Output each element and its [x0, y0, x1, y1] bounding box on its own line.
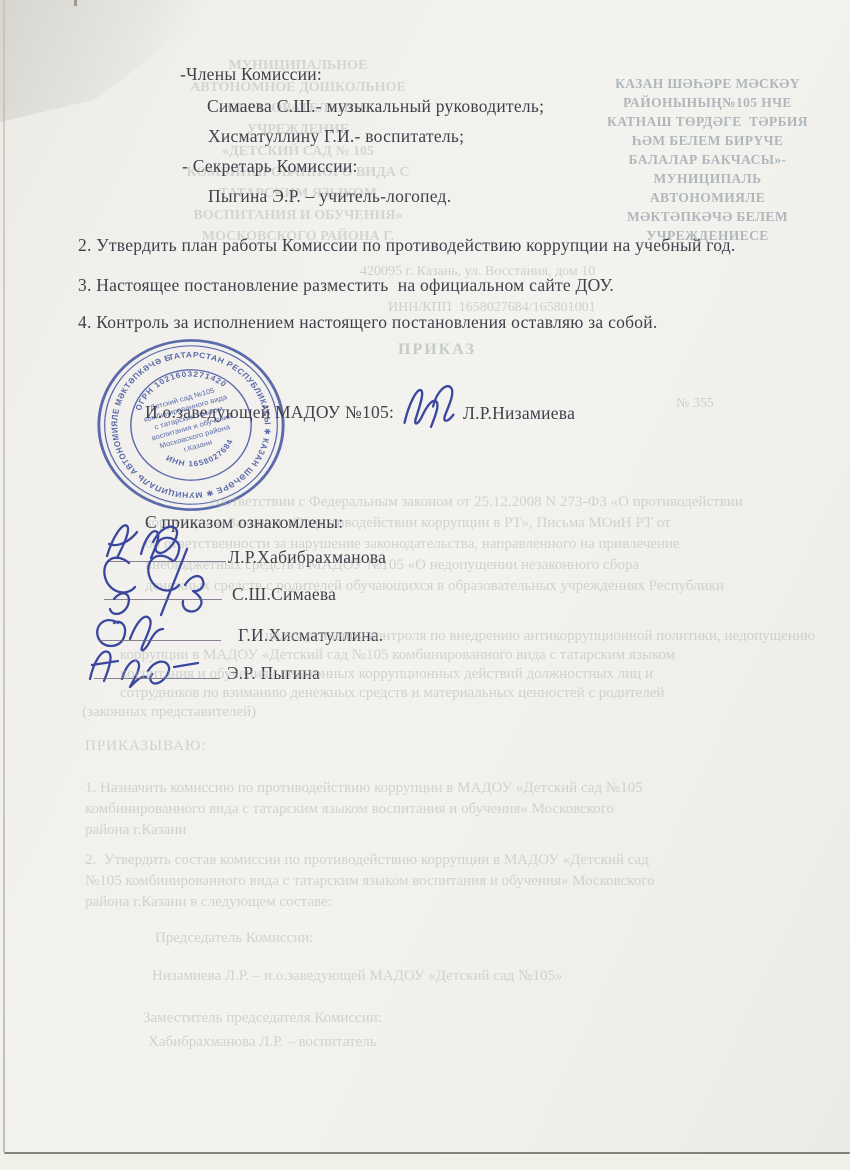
- ghost-line: района г.Казани в следующем составе:: [85, 894, 332, 911]
- scan-speck: [74, 0, 77, 6]
- commission-members-label: -Члены Комиссии:: [180, 64, 322, 85]
- ghost-line: комбинированного вида с татарским языком…: [85, 801, 614, 818]
- ghost-line: воспитания и обучения» незаконных корруп…: [120, 666, 653, 683]
- ghost-line: ҺӘМ БЕЛЕМ БИРҮЧЕ: [575, 133, 840, 149]
- ghost-line: (законных представителей): [82, 704, 256, 721]
- commission-secretary-label: - Секретарь Комиссии:: [182, 156, 358, 177]
- commission-member: Симаева С.Ш.- музыкальный руководитель;: [207, 96, 544, 117]
- ghost-line: КАТНАШ ТӨРДӘГЕ ТӘРБИЯ: [575, 114, 840, 130]
- ghost-line: 2. Утвердить состав комиссии по противод…: [85, 852, 649, 869]
- ghost-line: АВТОНОМИЯЛЕ: [575, 190, 840, 206]
- approval-position: И.о.заведующей МАДОУ №105:: [145, 402, 394, 423]
- ghost-order-number: № 355: [676, 396, 714, 412]
- commission-secretary: Пыгина Э.Р. – учитель-логопед.: [208, 186, 451, 207]
- ghost-line: МӘКТӘПКӘЧӘ БЕЛЕМ: [575, 209, 840, 225]
- ghost-line: целях усиления контроля по внедрению ант…: [265, 628, 815, 645]
- ghost-line: соответствии с Федеральным законом от 25…: [210, 494, 743, 511]
- signature-nizamieva: [398, 378, 460, 434]
- scanner-background-strip: [0, 1154, 850, 1170]
- order-item: 2. Утвердить план работы Комиссии по про…: [78, 235, 736, 256]
- ghost-resolve-word: ПРИКАЗЫВАЮ:: [85, 738, 207, 755]
- commission-member: Хисматуллину Г.И.- воспитатель;: [208, 126, 464, 147]
- scanned-document-page: МУНИЦИПАЛЬНОЕ АВТОНОМНОЕ ДОШКОЛЬНОЕ ОБРА…: [0, 0, 850, 1170]
- ghost-line: РАЙОНЫНЫҢ№105 НЧЕ: [575, 95, 840, 111]
- ghost-line: Низамиева Л.Р. – и.о.заведующей МАДОУ «Д…: [152, 968, 562, 985]
- ghost-line: Председатель Комиссии:: [155, 930, 313, 947]
- official-round-stamp: ТАТАРСТАН РЕСПУБЛИКАСЫ ✱ КАЗАН ШӘҺӘРЕ ✱ …: [94, 336, 288, 514]
- page-left-edge: [3, 0, 5, 1152]
- acknowledgement-name: С.Ш.Симаева: [232, 584, 336, 605]
- ghost-line: сотрудников по взиманию денежных средств…: [120, 685, 664, 702]
- order-item: 4. Контроль за исполнением настоящего по…: [78, 312, 657, 333]
- approval-name: Л.Р.Низамиева: [463, 403, 575, 424]
- ghost-line: района г.Казани: [85, 822, 186, 839]
- ghost-line: 1. Назначить комиссию по противодействию…: [85, 780, 643, 797]
- order-item: 3. Настоящее постановление разместить на…: [78, 275, 614, 296]
- ghost-line: МУНИЦИПАЛЬ: [575, 171, 840, 187]
- ghost-line: коррупции в МАДОУ «Детский сад №105 комб…: [120, 647, 675, 664]
- acknowledgement-name: Л.Р.Хабибрахманова: [228, 547, 386, 568]
- ghost-line: №105 комбинированного вида с татарским я…: [85, 873, 655, 890]
- ghost-order-title: ПРИКАЗ: [398, 341, 476, 359]
- ghost-line: БАЛАЛАР БАКЧАСЫ»-: [575, 152, 840, 168]
- ghost-line: КАЗАН ШӘҺӘРЕ МӘСКӘҮ: [575, 76, 840, 92]
- ghost-line: ВОСПИТАНИЯ И ОБУЧЕНИЯ»: [128, 208, 468, 224]
- ghost-line: Заместитель председателя Комиссии:: [143, 1010, 382, 1027]
- ghost-line: Хабибрахманова Л.Р. – воспитатель: [148, 1034, 377, 1051]
